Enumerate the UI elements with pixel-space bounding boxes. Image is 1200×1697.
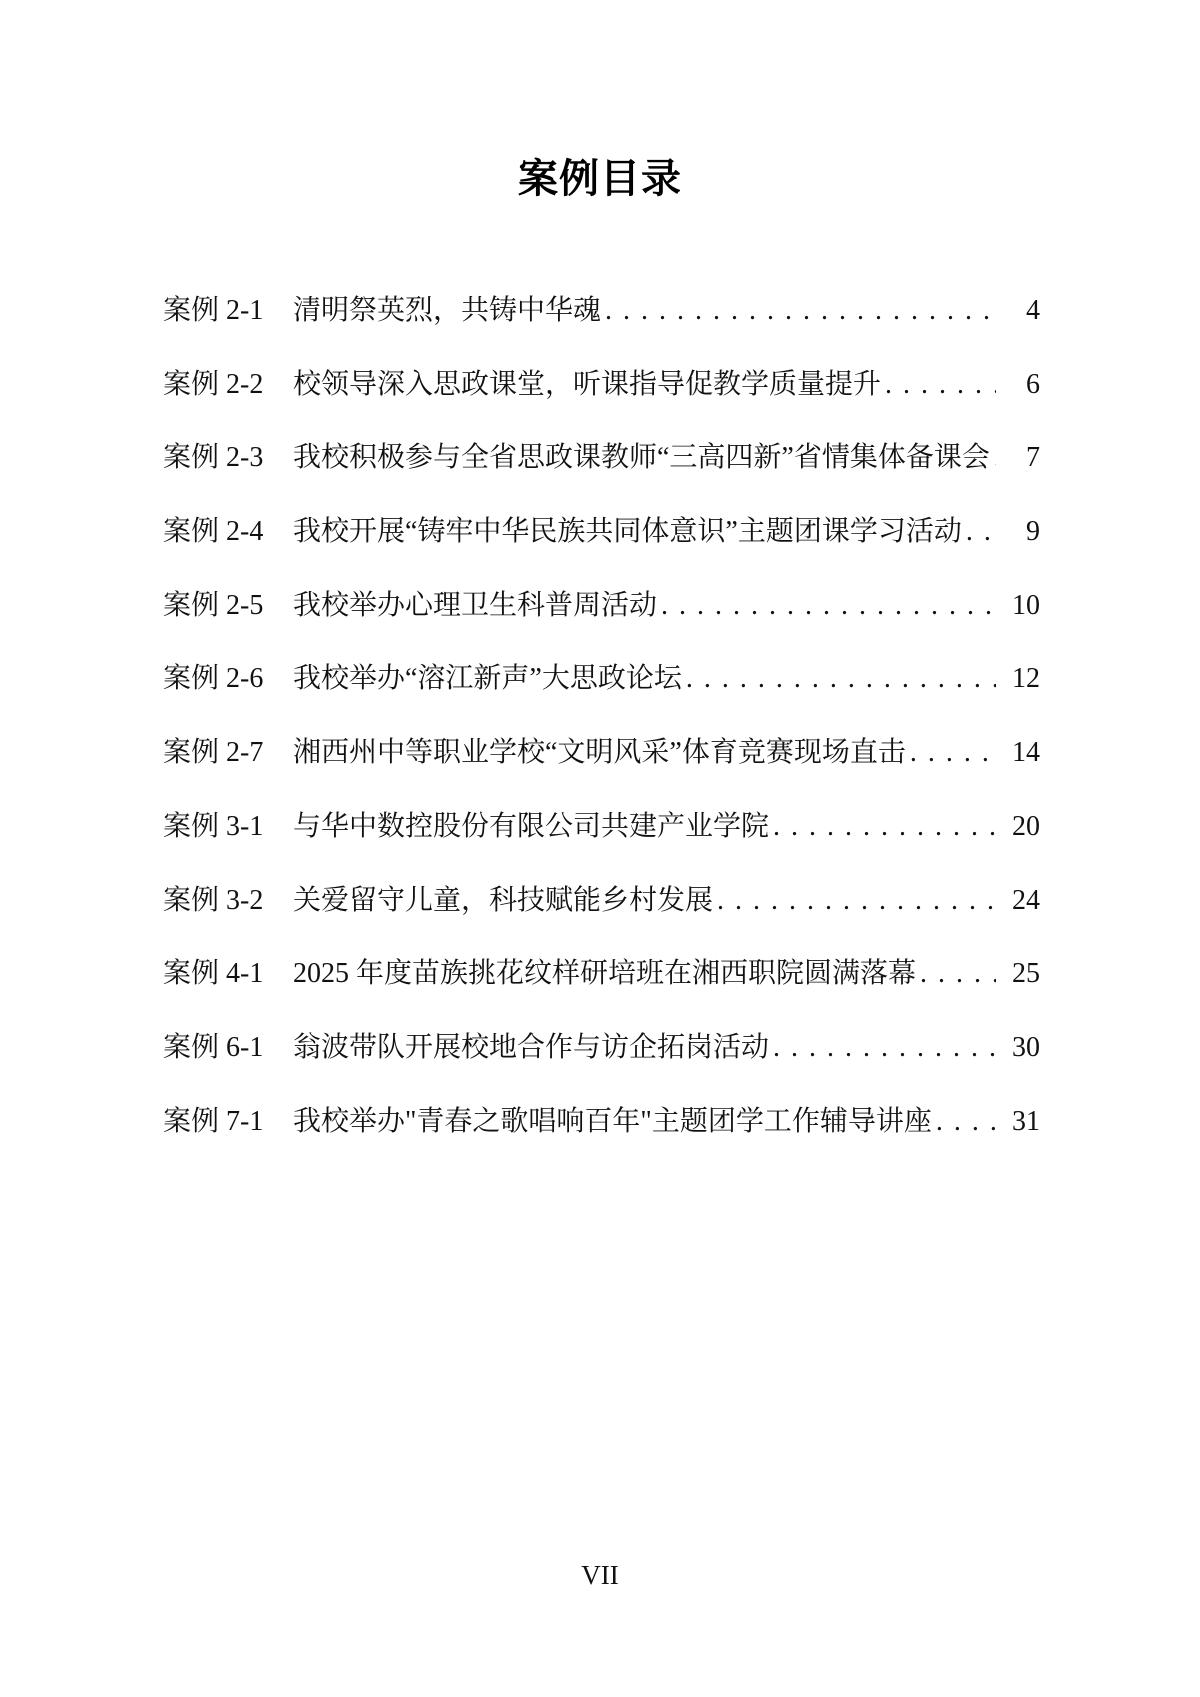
dot-leader: ........................................…	[769, 1011, 996, 1085]
toc-entry-page-number: 14	[996, 716, 1040, 790]
toc-entry-label: 案例 2-6	[163, 642, 293, 716]
page-title: 案例目录	[0, 0, 1200, 203]
toc-entry: 案例 2-1 清明祭英烈，共铸中华魂 .....................…	[163, 274, 1040, 348]
toc-entry-title: 翁波带队开展校地合作与访企拓岗活动	[293, 1011, 769, 1085]
toc-entry: 案例 6-1 翁波带队开展校地合作与访企拓岗活动 ...............…	[163, 1011, 1040, 1085]
document-page: 案例目录 案例 2-1 清明祭英烈，共铸中华魂 ................…	[0, 0, 1200, 1697]
toc-entry-title: 与华中数控股份有限公司共建产业学院	[293, 790, 769, 864]
toc-entry-page-number: 12	[996, 642, 1040, 716]
toc-entry-label: 案例 2-7	[163, 716, 293, 790]
dot-leader: ........................................…	[601, 274, 996, 348]
toc-entry-title: 校领导深入思政课堂，听课指导促教学质量提升	[293, 348, 881, 422]
dot-leader: ........................................…	[713, 864, 996, 938]
toc-entry: 案例 3-2 关爱留守儿童，科技赋能乡村发展 .................…	[163, 864, 1040, 938]
dot-leader: ........................................…	[916, 937, 996, 1011]
toc-entry: 案例 2-2 校领导深入思政课堂，听课指导促教学质量提升 ...........…	[163, 348, 1040, 422]
toc-entry-label: 案例 3-1	[163, 790, 293, 864]
toc-entry-label: 案例 7-1	[163, 1085, 293, 1159]
toc-entry-title: 我校开展“铸牢中华民族共同体意识”主题团课学习活动	[293, 495, 962, 569]
toc-entry-page-number: 30	[996, 1011, 1040, 1085]
toc-entry-label: 案例 2-4	[163, 495, 293, 569]
toc-entry-label: 案例 2-5	[163, 569, 293, 643]
footer-page-number: VII	[0, 1560, 1200, 1591]
toc-entry-title: 2025 年度苗族挑花纹样研培班在湘西职院圆满落幕	[293, 937, 916, 1011]
toc-entry-title: 湘西州中等职业学校“文明风采”体育竞赛现场直击	[293, 716, 906, 790]
toc-list: 案例 2-1 清明祭英烈，共铸中华魂 .....................…	[0, 274, 1200, 1158]
toc-entry-page-number: 20	[996, 790, 1040, 864]
toc-entry-title: 我校举办心理卫生科普周活动	[293, 569, 657, 643]
toc-entry-label: 案例 2-2	[163, 348, 293, 422]
toc-entry: 案例 7-1 我校举办"青春之歌唱响百年"主题团学工作辅导讲座 ........…	[163, 1085, 1040, 1159]
dot-leader: ........................................…	[881, 348, 996, 422]
toc-entry-page-number: 25	[996, 937, 1040, 1011]
toc-entry: 案例 2-3 我校积极参与全省思政课教师“三高四新”省情集体备课会 ......…	[163, 421, 1040, 495]
dot-leader: ........................................…	[962, 495, 996, 569]
toc-entry: 案例 2-4 我校开展“铸牢中华民族共同体意识”主题团课学习活动 .......…	[163, 495, 1040, 569]
toc-entry-page-number: 10	[996, 569, 1040, 643]
toc-entry-page-number: 9	[996, 495, 1040, 569]
toc-entry-title: 清明祭英烈，共铸中华魂	[293, 274, 601, 348]
toc-entry-page-number: 31	[996, 1085, 1040, 1159]
toc-entry: 案例 3-1 与华中数控股份有限公司共建产业学院 ...............…	[163, 790, 1040, 864]
toc-entry: 案例 2-5 我校举办心理卫生科普周活动 ...................…	[163, 569, 1040, 643]
dot-leader: ........................................…	[657, 569, 996, 643]
toc-entry-title: 我校积极参与全省思政课教师“三高四新”省情集体备课会	[293, 421, 990, 495]
toc-entry-page-number: 24	[996, 864, 1040, 938]
toc-entry-title: 我校举办“溶江新声”大思政论坛	[293, 642, 682, 716]
toc-entry: 案例 4-1 2025 年度苗族挑花纹样研培班在湘西职院圆满落幕 .......…	[163, 937, 1040, 1011]
toc-entry-page-number: 6	[996, 348, 1040, 422]
toc-entry-label: 案例 2-3	[163, 421, 293, 495]
toc-entry: 案例 2-6 我校举办“溶江新声”大思政论坛 .................…	[163, 642, 1040, 716]
dot-leader: ........................................…	[906, 716, 996, 790]
toc-entry-label: 案例 2-1	[163, 274, 293, 348]
dot-leader: ........................................…	[682, 642, 996, 716]
toc-entry: 案例 2-7 湘西州中等职业学校“文明风采”体育竞赛现场直击 .........…	[163, 716, 1040, 790]
toc-entry-label: 案例 4-1	[163, 937, 293, 1011]
toc-entry-page-number: 7	[996, 421, 1040, 495]
toc-entry-label: 案例 3-2	[163, 864, 293, 938]
dot-leader: ........................................…	[932, 1085, 996, 1159]
toc-entry-title: 关爱留守儿童，科技赋能乡村发展	[293, 864, 713, 938]
dot-leader: ........................................…	[769, 790, 996, 864]
toc-entry-title: 我校举办"青春之歌唱响百年"主题团学工作辅导讲座	[293, 1085, 932, 1159]
toc-entry-label: 案例 6-1	[163, 1011, 293, 1085]
toc-entry-page-number: 4	[996, 274, 1040, 348]
